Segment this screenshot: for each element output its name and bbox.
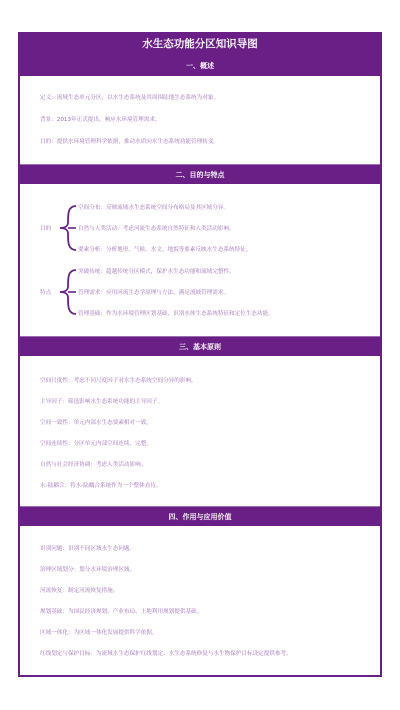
list-item: 自然与人类活动：考虑河流生态系统自然特征和人类活动影响。 (78, 224, 235, 232)
group-label-features: 特点 (40, 288, 51, 296)
section-heading-purpose-features: 二、目的与特点 (20, 164, 380, 184)
list-item: 识别问题：识别不同区域水生态问题。 (40, 544, 135, 552)
page-title: 水生态功能分区知识导图 (20, 32, 380, 56)
list-item: 空间分布：反映流域水生态系统空间分布格局及其区域分异。 (78, 203, 229, 211)
section-heading-applications: 四、作用与应用价值 (20, 506, 380, 526)
section-body-applications: 识别问题：识别不同区域水生态问题。 治理区域划分：划分水环境治理区域。 河流恢复… (20, 526, 380, 676)
list-item: 定义：流域生态单元分区，以水生态系统及其周围陆地生态系统为对象。 (40, 93, 219, 101)
list-item: 目的：提供水环境管理科学依据，推动水质向水生态系统功能管理转变。 (40, 137, 219, 145)
brace-icon (56, 204, 78, 252)
list-item: 主导因子：筛选影响水生态系统功能的主导因子。 (40, 397, 163, 405)
section-body-principles: 空间尺度性：考虑不同尺度因子对水生态系统空间分异的影响。 主导因子：筛选影响水生… (20, 356, 380, 506)
group-label-purpose: 目的 (40, 224, 51, 232)
list-item: 空间尺度性：考虑不同尺度因子对水生态系统空间分异的影响。 (40, 376, 197, 384)
section-heading-principles: 三、基本原则 (20, 336, 380, 356)
list-item: 水-陆耦合：将水-陆耦合系统作为一个整体看待。 (40, 481, 162, 489)
list-item: 河流恢复：制定河流恢复措施。 (40, 586, 118, 594)
list-item: 突破传统：超越传统分区模式，保护水生态功能和流域完整性。 (78, 267, 235, 275)
list-item: 自然与社会经济协调：考虑人类活动影响。 (40, 460, 146, 468)
list-item: 背景：2013年正式提出，响应水环境管理需求。 (40, 115, 161, 123)
list-item: 管理基础：作为水环境管理区划基础，识别水体生态系统特征和定位生态功能。 (78, 309, 274, 317)
mind-map-frame: 水生态功能分区知识导图 一、概述 定义：流域生态单元分区，以水生态系统及其周围陆… (18, 32, 382, 677)
list-item: 红线划定与保护目标：为流域水生态保护红线划定、水生态系统修复与水生物保护目标设定… (40, 649, 292, 657)
list-item: 空间连续性：分区单元内部空间连续、完整。 (40, 439, 152, 447)
list-item: 管理需求：应用河流生态学原理与方法，满足流域管理需求。 (78, 288, 229, 296)
list-item: 规划基础：为国民经济规划、产业布局、土地利用规划提供基础。 (40, 607, 202, 615)
section-body-purpose-features: 目的 空间分布：反映流域水生态系统空间分布格局及其区域分异。 自然与人类活动：考… (20, 184, 380, 336)
section-body-overview: 定义：流域生态单元分区，以水生态系统及其周围陆地生态系统为对象。 背景：2013… (20, 76, 380, 164)
list-item: 区域一体化：为区域一体化发展提供科学依据。 (40, 628, 157, 636)
section-heading-overview: 一、概述 (20, 56, 380, 76)
list-item: 治理区域划分：划分水环境治理区域。 (40, 565, 135, 573)
list-item: 空间一致性：单元内部水生态要素相对一致。 (40, 418, 152, 426)
list-item: 要素分析：分析地形、气候、水文、地貌等要素反映水生态系统特征。 (78, 245, 251, 253)
brace-icon (56, 268, 78, 316)
